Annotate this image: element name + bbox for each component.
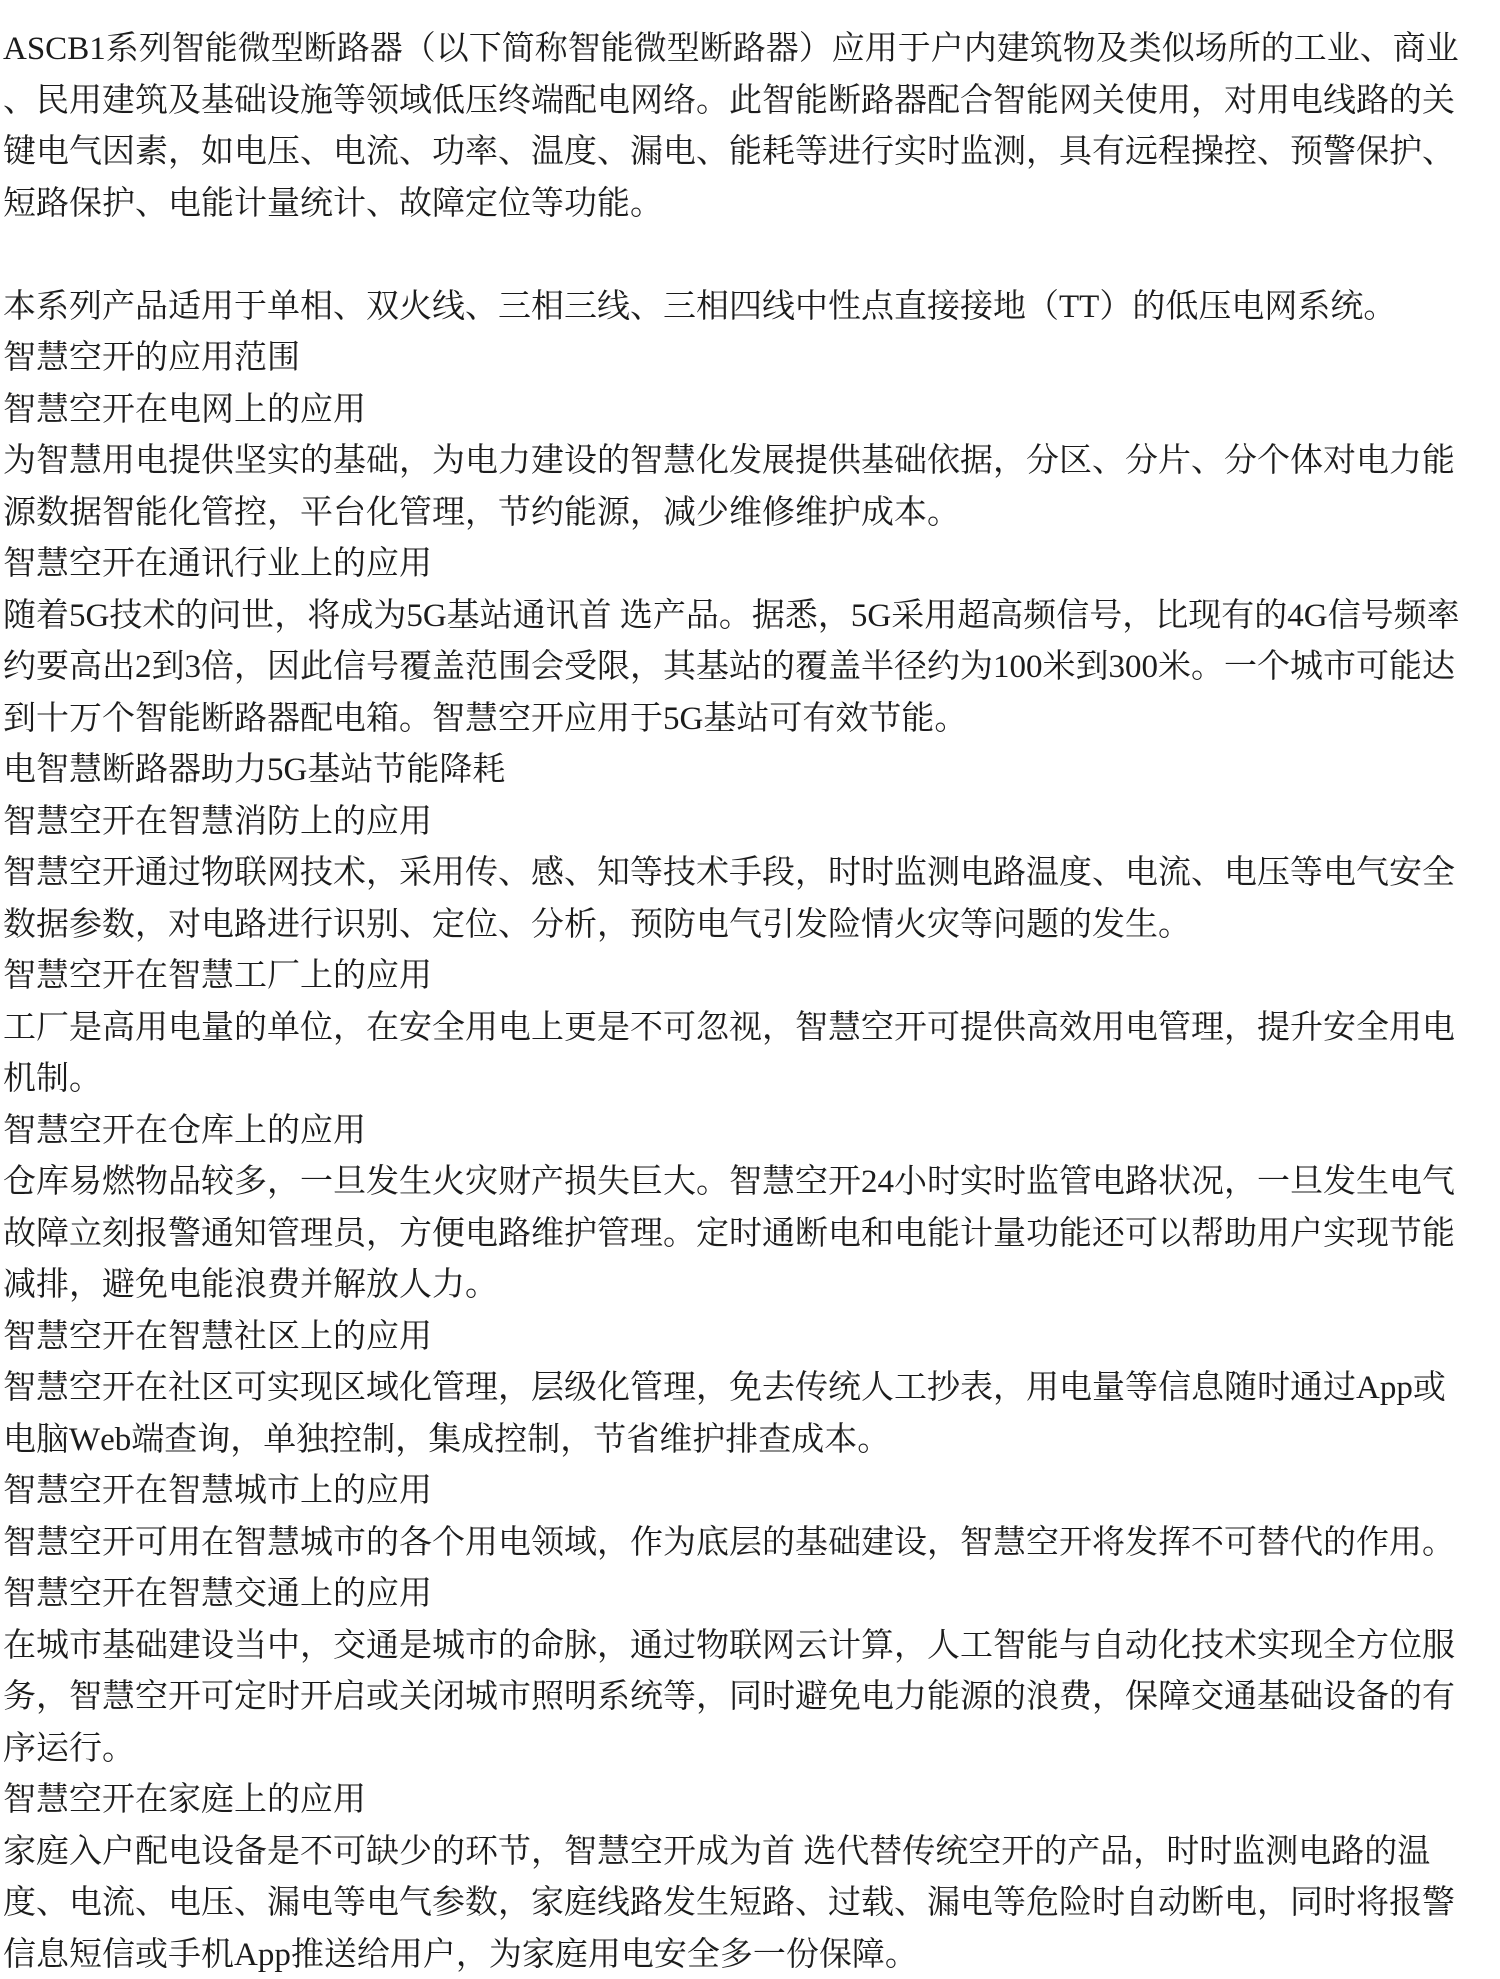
text-line: 序运行。 <box>3 1724 1496 1776</box>
text-line: 为智慧用电提供坚实的基础，为电力建设的智慧化发展提供基础依据，分区、分片、分个体… <box>3 436 1496 488</box>
section-heading-line: 智慧空开在智慧交通上的应用 <box>3 1569 1496 1621</box>
text-line: 源数据智能化管控，平台化管理，节约能源，减少维修维护成本。 <box>3 488 1496 540</box>
text-line: ASCB1系列智能微型断路器（以下简称智能微型断路器）应用于户内建筑物及类似场所… <box>3 24 1496 76</box>
text-line: 短路保护、电能计量统计、故障定位等功能。 <box>3 179 1496 231</box>
text-line: 度、电流、电压、漏电等电气参数，家庭线路发生短路、过载、漏电等危险时自动断电，同… <box>3 1878 1496 1930</box>
text-line: 数据参数，对电路进行识别、定位、分析，预防电气引发险情火灾等问题的发生。 <box>3 900 1496 952</box>
section-heading-line: 智慧空开在仓库上的应用 <box>3 1106 1496 1158</box>
section-heading-line: 智慧空开在智慧消防上的应用 <box>3 797 1496 849</box>
text-line: 键电气因素，如电压、电流、功率、温度、漏电、能耗等进行实时监测，具有远程操控、预… <box>3 127 1496 179</box>
text-line: 随着5G技术的问世，将成为5G基站通讯首 选产品。据悉，5G采用超高频信号，比现… <box>3 591 1496 643</box>
section-heading-line: 智慧空开在智慧城市上的应用 <box>3 1466 1496 1518</box>
text-line: 故障立刻报警通知管理员，方便电路维护管理。定时通断电和电能计量功能还可以帮助用户… <box>3 1209 1496 1261</box>
text-line: 在城市基础建设当中，交通是城市的命脉，通过物联网云计算，人工智能与自动化技术实现… <box>3 1621 1496 1673</box>
text-line: 约要高出2到3倍，因此信号覆盖范围会受限，其基站的覆盖半径约为100米到300米… <box>3 642 1496 694</box>
text-line: 智慧空开在社区可实现区域化管理，层级化管理，免去传统人工抄表，用电量等信息随时通… <box>3 1363 1496 1415</box>
section-heading-line: 智慧空开在智慧社区上的应用 <box>3 1312 1496 1364</box>
section-heading-line: 智慧空开的应用范围 <box>3 333 1496 385</box>
text-line: 家庭入户配电设备是不可缺少的环节，智慧空开成为首 选代替传统空开的产品，时时监测… <box>3 1827 1496 1879</box>
section-heading-line: 智慧空开在家庭上的应用 <box>3 1775 1496 1827</box>
section-heading-line: 智慧空开在智慧工厂上的应用 <box>3 951 1496 1003</box>
document-page: ASCB1系列智能微型断路器（以下简称智能微型断路器）应用于户内建筑物及类似场所… <box>0 0 1500 1979</box>
text-line: 、民用建筑及基础设施等领域低压终端配电网络。此智能断路器配合智能网关使用，对用电… <box>3 76 1496 128</box>
text-line: 仓库易燃物品较多，一旦发生火灾财产损失巨大。智慧空开24小时实时监管电路状况，一… <box>3 1157 1496 1209</box>
section-heading-line: 智慧空开在通讯行业上的应用 <box>3 539 1496 591</box>
section-heading-line: 智慧空开在电网上的应用 <box>3 385 1496 437</box>
text-line: 智慧空开可用在智慧城市的各个用电领域，作为底层的基础建设，智慧空开将发挥不可替代… <box>3 1518 1496 1570</box>
text-line: 电脑Web端查询，单独控制，集成控制，节省维护排查成本。 <box>3 1415 1496 1467</box>
text-line: 务，智慧空开可定时开启或关闭城市照明系统等，同时避免电力能源的浪费，保障交通基础… <box>3 1672 1496 1724</box>
text-line: 信息短信或手机App推送给用户，为家庭用电安全多一份保障。 <box>3 1930 1496 1979</box>
text-line: 本系列产品适用于单相、双火线、三相三线、三相四线中性点直接接地（TT）的低压电网… <box>3 282 1496 334</box>
text-line: 减排，避免电能浪费并解放人力。 <box>3 1260 1496 1312</box>
section-heading-line: 电智慧断路器助力5G基站节能降耗 <box>3 745 1496 797</box>
text-line: 机制。 <box>3 1054 1496 1106</box>
text-line: 到十万个智能断路器配电箱。智慧空开应用于5G基站可有效节能。 <box>3 694 1496 746</box>
blank-line <box>3 230 1496 282</box>
text-line: 智慧空开通过物联网技术，采用传、感、知等技术手段，时时监测电路温度、电流、电压等… <box>3 848 1496 900</box>
text-line: 工厂是高用电量的单位，在安全用电上更是不可忽视，智慧空开可提供高效用电管理，提升… <box>3 1003 1496 1055</box>
